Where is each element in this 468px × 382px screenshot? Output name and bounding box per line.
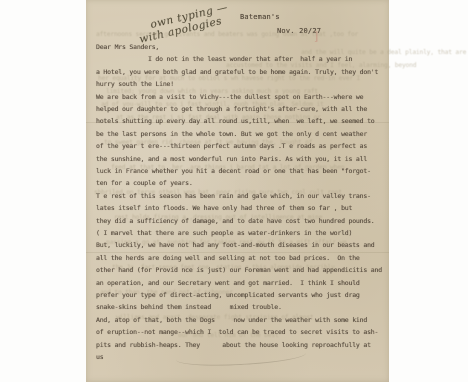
letterhead: Bateman's [240, 13, 280, 21]
typed-line: And, atop of that, both the Dogs now und… [96, 316, 388, 324]
typed-line: be the last persons in the whole town. B… [96, 130, 388, 138]
typed-line: ( I marvel that there are such people as… [96, 229, 388, 237]
typed-line: of eruption--not mange--which I told can… [96, 328, 388, 336]
typed-line: they did a sufficiency of damage, and to… [96, 217, 388, 225]
typed-line: luck in France whether you hit a decent … [96, 167, 388, 175]
typed-line: We are back from a visit to Vichy---the … [96, 93, 388, 101]
typed-line: hurry south the Line! [96, 80, 388, 88]
typed-line: T e rest of this season has been rain an… [96, 192, 388, 200]
typed-line: Dear Mrs Sanders, [96, 43, 388, 51]
typed-line: other hand (for Provid nce is just) our … [96, 266, 388, 274]
typed-line: the sunshine, and a most wonderful run i… [96, 155, 388, 163]
typed-line: But, luckily, we have not had any foot-a… [96, 241, 388, 249]
typed-line: snake-skins behind them instead mixed tr… [96, 303, 388, 311]
typed-line: hotels shutting up every day all round u… [96, 117, 388, 125]
scanned-letter-photo: { "document": { "type": "typewritten let… [0, 0, 468, 382]
typed-line: ten for a couple of years. [96, 179, 388, 187]
typed-line: an operation, and our Secretary went and… [96, 279, 388, 287]
typed-line: of the year t ere---thirteen perfect aut… [96, 142, 388, 150]
typed-line: helped our daughter to get through a for… [96, 105, 388, 113]
typed-line: lates itself into floods. We have only h… [96, 204, 388, 212]
typed-line: all the herds are doing well and selling… [96, 254, 388, 262]
typed-line: a Hotel, you were both glad and grateful… [96, 68, 388, 76]
typed-line: prefer your type of direct-acting, uncom… [96, 291, 388, 299]
typed-line: I do not in the least wonder that after … [96, 55, 388, 63]
letter-page: own typing — with apologies Bateman's No… [86, 0, 389, 382]
bleedthrough-line: afternoons seconds gallivants and beater… [96, 31, 358, 38]
